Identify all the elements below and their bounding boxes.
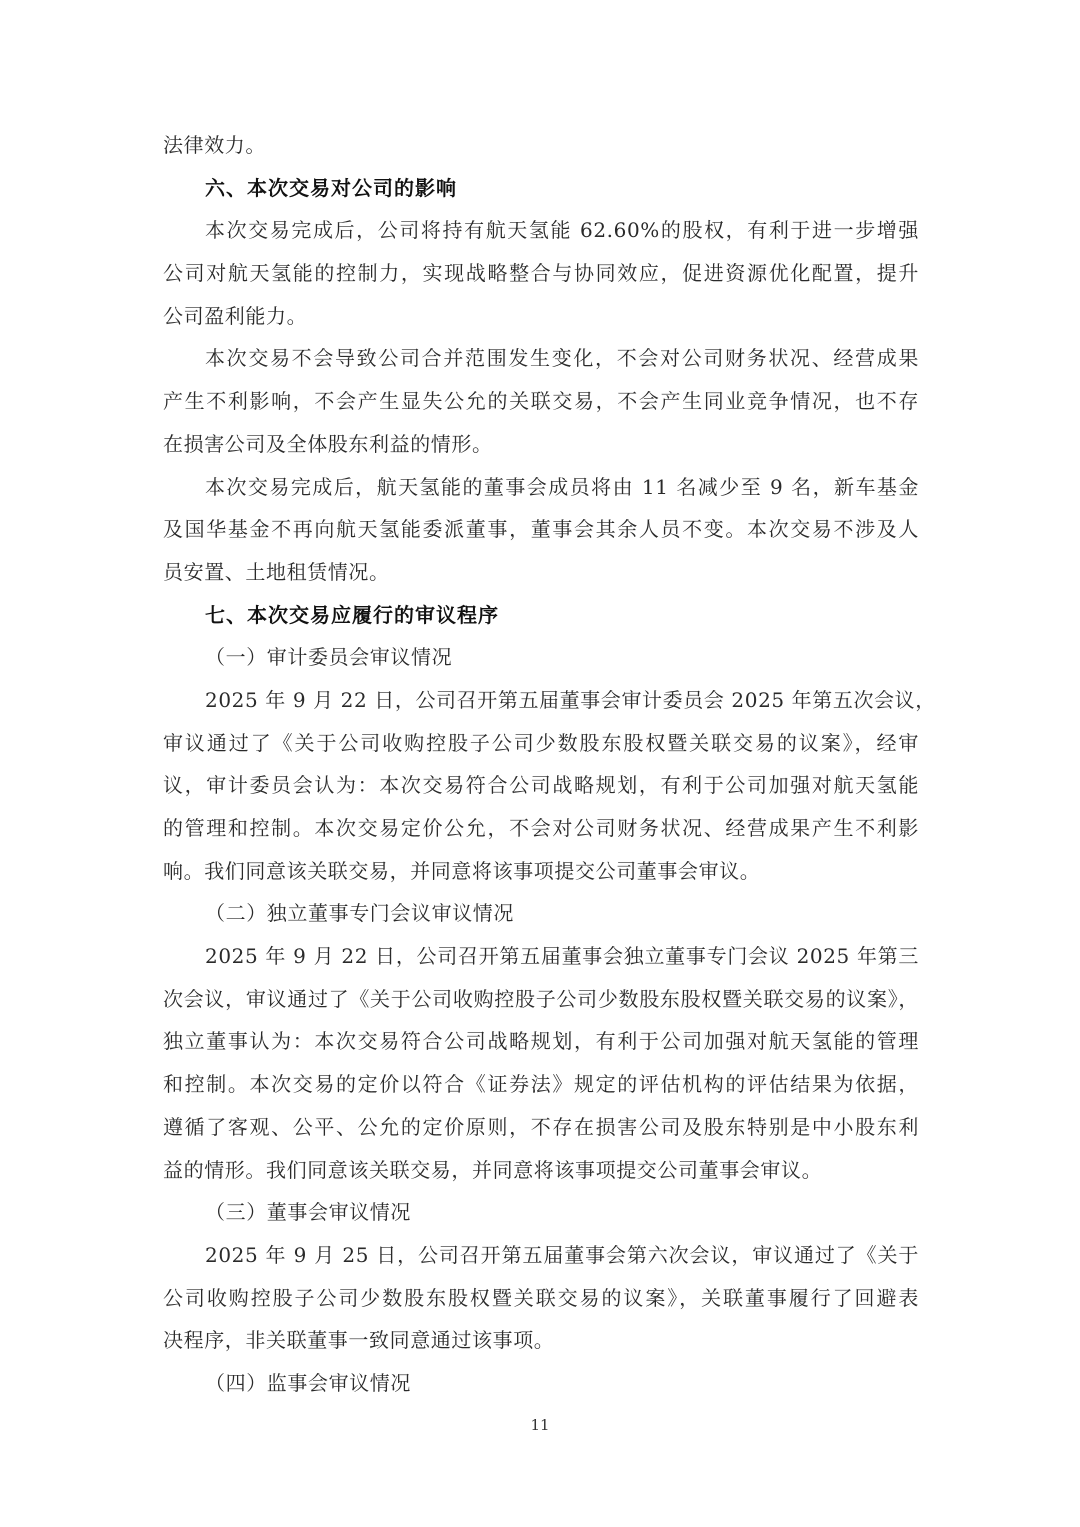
subsection-heading: （二）独立董事专门会议审议情况 [163, 892, 919, 935]
paragraph-line: 及国华基金不再向航天氢能委派董事，董事会其余人员不变。本次交易不涉及人 [163, 508, 919, 551]
section-heading: 六、本次交易对公司的影响 [163, 167, 919, 210]
paragraph-line: 2025 年 9 月 25 日，公司召开第五届董事会第六次会议，审议通过了《关于 [163, 1234, 919, 1277]
paragraph-line: 遵循了客观、公平、公允的定价原则，不存在损害公司及股东特别是中小股东利 [163, 1106, 919, 1149]
paragraph-line: 本次交易完成后，公司将持有航天氢能 62.60%的股权，有利于进一步增强 [163, 209, 919, 252]
paragraph-line: 员安置、土地租赁情况。 [163, 551, 919, 594]
paragraph-line: 2025 年 9 月 22 日，公司召开第五届董事会独立董事专门会议 2025 … [163, 935, 919, 978]
paragraph-line: 益的情形。我们同意该关联交易，并同意将该事项提交公司董事会审议。 [163, 1149, 919, 1192]
paragraph-line: 公司对航天氢能的控制力，实现战略整合与协同效应，促进资源优化配置，提升 [163, 252, 919, 295]
paragraph-line: 公司盈利能力。 [163, 295, 919, 338]
paragraph-line: 议，审计委员会认为：本次交易符合公司战略规划，有利于公司加强对航天氢能 [163, 764, 919, 807]
document-page: 法律效力。六、本次交易对公司的影响本次交易完成后，公司将持有航天氢能 62.60… [163, 124, 919, 1405]
page-number: 11 [0, 1416, 1080, 1434]
paragraph-line: 产生不利影响，不会产生显失公允的关联交易，不会产生同业竞争情况，也不存 [163, 380, 919, 423]
subsection-heading: （一）审计委员会审议情况 [163, 636, 919, 679]
paragraph-line: 和控制。本次交易的定价以符合《证券法》规定的评估机构的评估结果为依据， [163, 1063, 919, 1106]
paragraph-line: 本次交易不会导致公司合并范围发生变化，不会对公司财务状况、经营成果 [163, 337, 919, 380]
paragraph-line: 法律效力。 [163, 124, 919, 167]
subsection-heading: （四）监事会审议情况 [163, 1362, 919, 1405]
paragraph-line: 响。我们同意该关联交易，并同意将该事项提交公司董事会审议。 [163, 850, 919, 893]
paragraph-line: 在损害公司及全体股东利益的情形。 [163, 423, 919, 466]
subsection-heading: （三）董事会审议情况 [163, 1191, 919, 1234]
paragraph-line: 本次交易完成后，航天氢能的董事会成员将由 11 名减少至 9 名，新车基金 [163, 466, 919, 509]
paragraph-line: 审议通过了《关于公司收购控股子公司少数股东股权暨关联交易的议案》，经审 [163, 722, 919, 765]
paragraph-line: 2025 年 9 月 22 日，公司召开第五届董事会审计委员会 2025 年第五… [163, 679, 919, 722]
paragraph-line: 次会议，审议通过了《关于公司收购控股子公司少数股东股权暨关联交易的议案》， [163, 978, 919, 1021]
paragraph-line: 的管理和控制。本次交易定价公允，不会对公司财务状况、经营成果产生不利影 [163, 807, 919, 850]
paragraph-line: 公司收购控股子公司少数股东股权暨关联交易的议案》，关联董事履行了回避表 [163, 1277, 919, 1320]
section-heading: 七、本次交易应履行的审议程序 [163, 594, 919, 637]
paragraph-line: 独立董事认为：本次交易符合公司战略规划，有利于公司加强对航天氢能的管理 [163, 1020, 919, 1063]
paragraph-line: 决程序，非关联董事一致同意通过该事项。 [163, 1319, 919, 1362]
